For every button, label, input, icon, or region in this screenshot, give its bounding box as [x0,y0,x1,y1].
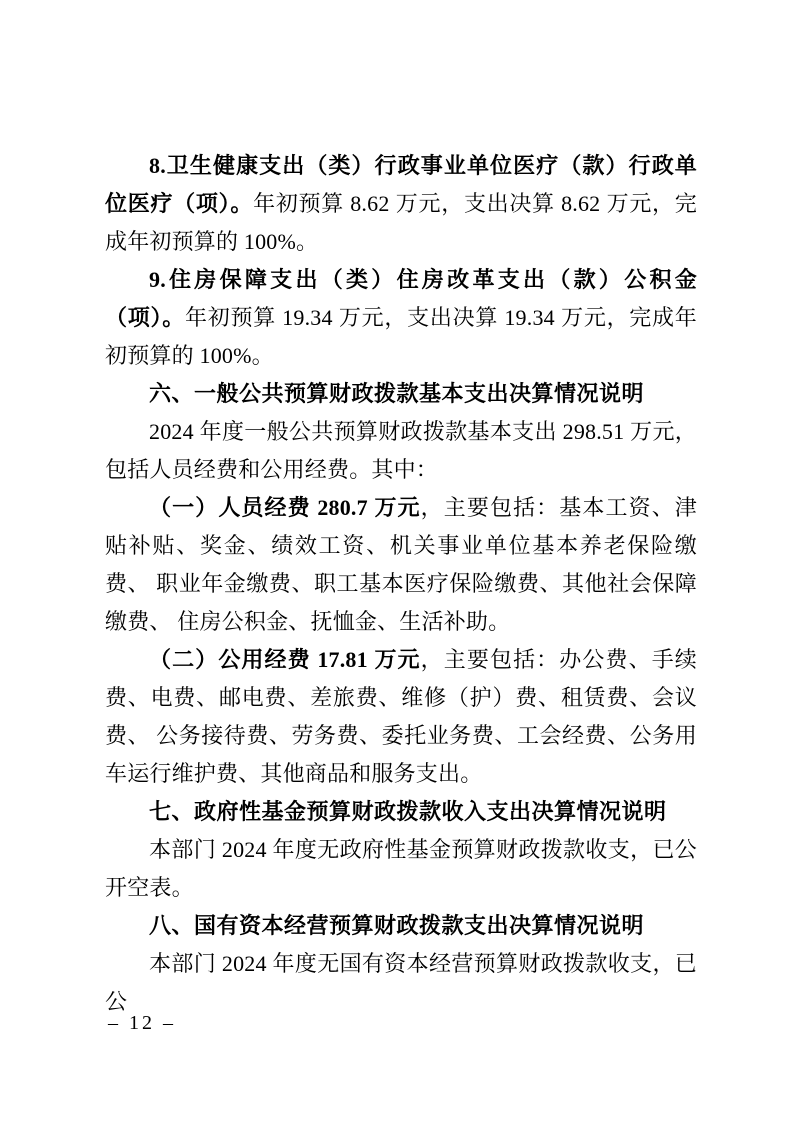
item-2-bold-lead: （二）公用经费 17.81 万元 [149,647,421,672]
paragraph-state-capital-none: 本部门 2024 年度无国有资本经营预算财政拨款收支，已公 [105,945,697,1021]
paragraph-item-8-health-expenditure: 8.卫生健康支出（类）行政事业单位医疗（款）行政单位医疗（项）。年初预算 8.6… [105,147,697,261]
document-content: 8.卫生健康支出（类）行政事业单位医疗（款）行政单位医疗（项）。年初预算 8.6… [105,147,697,1021]
section-heading-7: 七、政府性基金预算财政拨款收入支出决算情况说明 [105,793,697,831]
paragraph-item-1-personnel-funds: （一）人员经费 280.7 万元，主要包括：基本工资、津贴补贴、奖金、绩效工资、… [105,489,697,641]
item-1-bold-lead: （一）人员经费 280.7 万元 [149,495,421,520]
document-page: 8.卫生健康支出（类）行政事业单位医疗（款）行政单位医疗（项）。年初预算 8.6… [0,0,793,1122]
section-heading-6-text: 六、一般公共预算财政拨款基本支出决算情况说明 [149,381,644,406]
basic-expenditure-total-text: 2024 年度一般公共预算财政拨款基本支出 298.51 万元，包括人员经费和公… [105,419,697,482]
paragraph-gov-fund-none: 本部门 2024 年度无政府性基金预算财政拨款收支，已公开空表。 [105,831,697,907]
section-heading-8-text: 八、国有资本经营预算财政拨款支出决算情况说明 [149,913,644,938]
page-number: – 12 – [108,1010,176,1036]
paragraph-item-9-housing-security: 9.住房保障支出（类）住房改革支出（款）公积金（项）。年初预算 19.34 万元… [105,261,697,375]
state-capital-none-text: 本部门 2024 年度无国有资本经营预算财政拨款收支，已公 [105,951,697,1014]
item-9-body-text: 年初预算 19.34 万元，支出决算 19.34 万元，完成年初预算的 100%… [105,305,697,368]
paragraph-item-2-public-funds: （二）公用经费 17.81 万元，主要包括：办公费、手续 费、电费、邮电费、差旅… [105,641,697,793]
section-heading-7-text: 七、政府性基金预算财政拨款收入支出决算情况说明 [149,799,667,824]
section-heading-6: 六、一般公共预算财政拨款基本支出决算情况说明 [105,375,697,413]
paragraph-basic-expenditure-total: 2024 年度一般公共预算财政拨款基本支出 298.51 万元，包括人员经费和公… [105,413,697,489]
gov-fund-none-text: 本部门 2024 年度无政府性基金预算财政拨款收支，已公开空表。 [105,837,697,900]
section-heading-8: 八、国有资本经营预算财政拨款支出决算情况说明 [105,907,697,945]
